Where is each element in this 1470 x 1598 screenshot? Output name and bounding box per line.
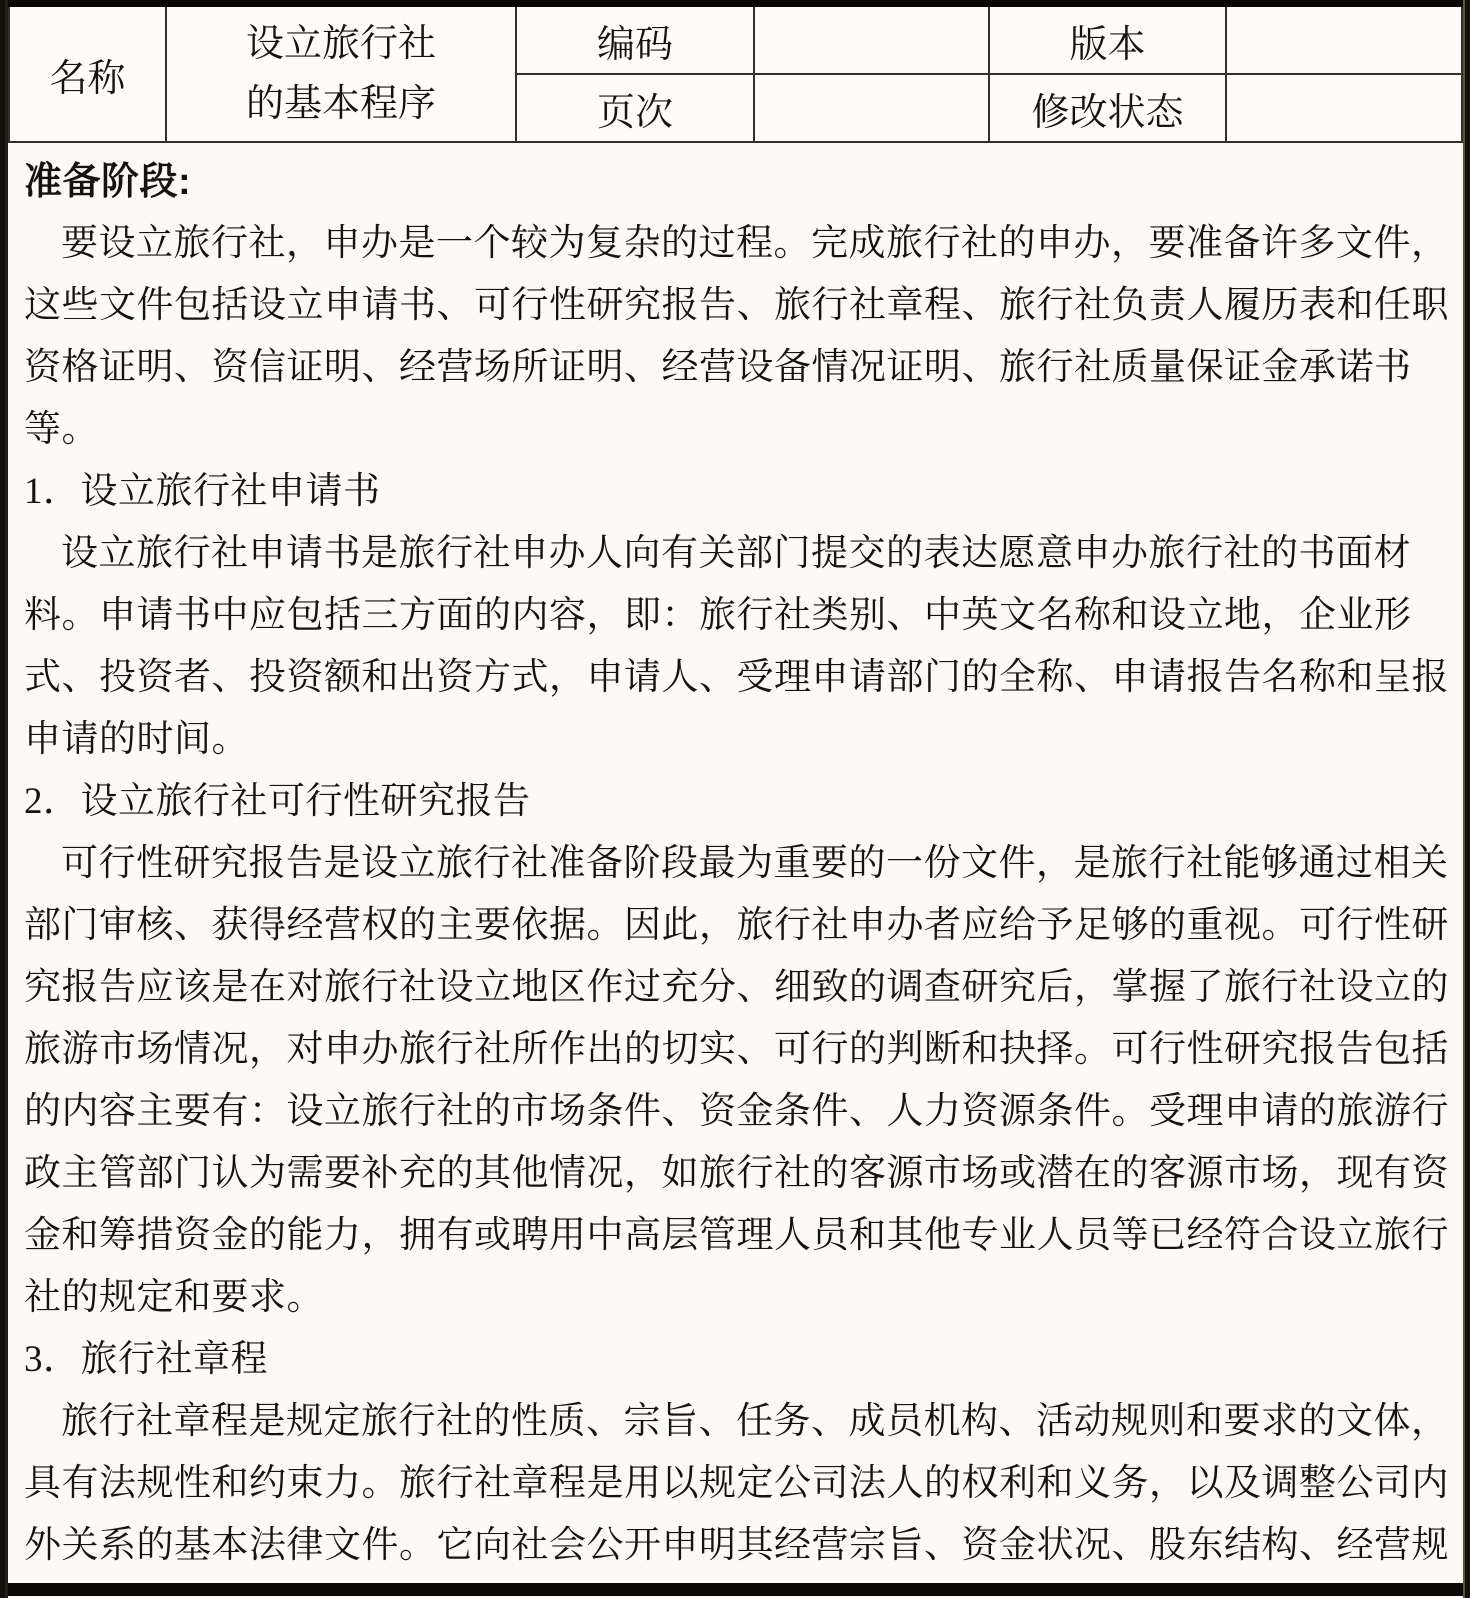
- version-value-cell: [1226, 4, 1462, 75]
- text-line: 设立旅行社申请书是旅行社申办人向有关部门提交的表达愿意申办旅行社的书面材: [24, 523, 1445, 585]
- page: 名称 设立旅行社 的基本程序 编码 版本 页次 修改状态: [0, 0, 1470, 1598]
- revision-value-cell: [1226, 74, 1462, 142]
- code-value-cell: [754, 4, 989, 75]
- text-line: 准备阶段:: [24, 151, 1445, 213]
- text-line: 的内容主要有：设立旅行社的市场条件、资金条件、人力资源条件。受理申请的旅游行: [24, 1081, 1445, 1143]
- text-line: 部门审核、获得经营权的主要依据。因此，旅行社申办者应给予足够的重视。可行性研: [24, 895, 1445, 957]
- text-line: 社的规定和要求。: [24, 1267, 1445, 1329]
- code-label-cell: 编码: [516, 4, 754, 75]
- header-table: 名称 设立旅行社 的基本程序 编码 版本 页次 修改状态: [8, 0, 1463, 143]
- text-line: 可行性研究报告是设立旅行社准备阶段最为重要的一份文件，是旅行社能够通过相关: [24, 833, 1445, 895]
- text-line: 旅行社章程是规定旅行社的性质、宗旨、任务、成员机构、活动规则和要求的文体，: [24, 1391, 1445, 1453]
- text-line: 具有法规性和约束力。旅行社章程是用以规定公司法人的权利和义务，以及调整公司内: [24, 1453, 1445, 1515]
- bottom-cutoff-bar: [8, 1583, 1463, 1596]
- text-line: 2．设立旅行社可行性研究报告: [24, 771, 1445, 833]
- text-line: 要设立旅行社，申办是一个较为复杂的过程。完成旅行社的申办，要准备许多文件，: [24, 213, 1445, 275]
- text-line: 资格证明、资信证明、经营场所证明、经营设备情况证明、旅行社质量保证金承诺书: [24, 337, 1445, 399]
- text-line: 这些文件包括设立申请书、可行性研究报告、旅行社章程、旅行社负责人履历表和任职: [24, 275, 1445, 337]
- text-line: 究报告应该是在对旅行社设立地区作过充分、细致的调查研究后，掌握了旅行社设立的: [24, 957, 1445, 1019]
- text-line: 1．设立旅行社申请书: [24, 461, 1445, 523]
- doc-title-line-1: 设立旅行社: [173, 14, 509, 74]
- page-value-cell: [754, 74, 989, 142]
- text-line: 式、投资者、投资额和出资方式，申请人、受理申请部门的全称、申请报告名称和呈报: [24, 647, 1445, 709]
- text-line: 外关系的基本法律文件。它向社会公开申明其经营宗旨、资金状况、股东结构、经营规: [24, 1515, 1445, 1577]
- doc-title-line-2: 的基本程序: [173, 74, 509, 134]
- text-line: 3．旅行社章程: [24, 1329, 1445, 1391]
- doc-title-cell: 设立旅行社 的基本程序: [166, 4, 516, 143]
- version-label-cell: 版本: [989, 4, 1226, 75]
- document-body: 准备阶段:要设立旅行社，申办是一个较为复杂的过程。完成旅行社的申办，要准备许多文…: [8, 143, 1463, 1577]
- text-line: 料。申请书中应包括三方面的内容，即：旅行社类别、中英文名称和设立地，企业形: [24, 585, 1445, 647]
- text-line: 申请的时间。: [24, 709, 1445, 771]
- text-line: 金和筹措资金的能力，拥有或聘用中高层管理人员和其他专业人员等已经符合设立旅行: [24, 1205, 1445, 1267]
- text-line: 旅游市场情况，对申办旅行社所作出的切实、可行的判断和抉择。可行性研究报告包括: [24, 1019, 1445, 1081]
- header-row-1: 名称 设立旅行社 的基本程序 编码 版本: [9, 4, 1462, 75]
- name-label-cell: 名称: [9, 4, 166, 143]
- text-line: 政主管部门认为需要补充的其他情况，如旅行社的客源市场或潜在的客源市场，现有资: [24, 1143, 1445, 1205]
- text-line: 等。: [24, 399, 1445, 461]
- revision-label-cell: 修改状态: [989, 74, 1226, 142]
- document-sheet: 名称 设立旅行社 的基本程序 编码 版本 页次 修改状态: [5, 0, 1465, 1598]
- page-label-cell: 页次: [516, 74, 754, 142]
